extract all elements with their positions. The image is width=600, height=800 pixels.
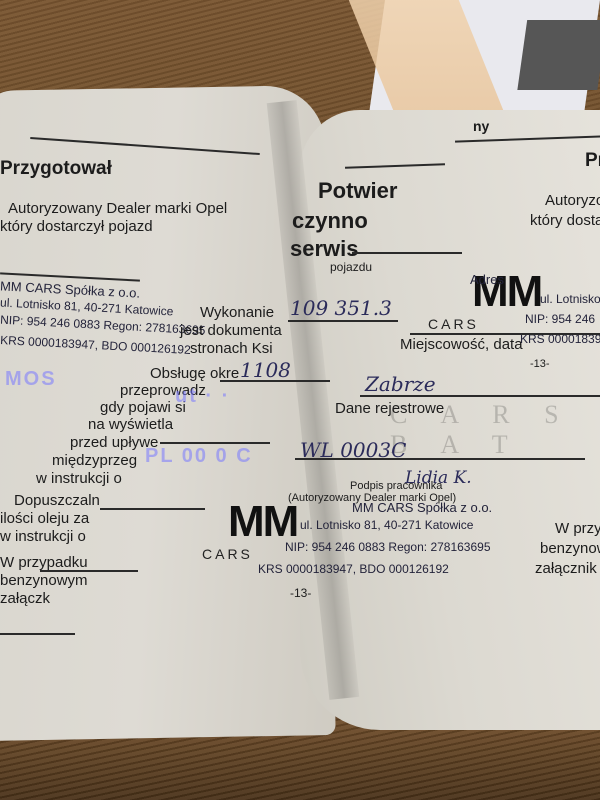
stamp-line-3: NIP: 954 246 0883 Regon: 278163695 bbox=[285, 540, 491, 555]
confirm-title-line-1: Potwier bbox=[318, 178, 397, 204]
right-stamp-line-2: ul. Lotnisko bbox=[540, 292, 600, 307]
body-line-12: benzynowym bbox=[0, 572, 88, 589]
photo-scene: Przygotował Autoryzowany Dealer marki Op… bbox=[0, 0, 600, 800]
left-dealer-line-2: który dostarczył pojazd bbox=[0, 218, 153, 235]
left-dealer-line-1: Autoryzowany Dealer marki Opel bbox=[8, 200, 227, 217]
right-corner-text: ny bbox=[473, 118, 489, 134]
registration-label: Dane rejestrowe bbox=[335, 400, 444, 417]
mm-cars-logo-sub-top: CARS bbox=[428, 316, 479, 332]
right-edge-line-2: benzynowym bbox=[540, 540, 600, 557]
right-dealer-line-2: który dostarczył pojazd bbox=[530, 212, 600, 229]
faint-stamp-mark: MOS bbox=[5, 368, 57, 391]
handwritten-place: Zabrze bbox=[365, 372, 436, 396]
wykonanie-line-2: jest dokumenta bbox=[180, 322, 282, 339]
right-stamp-line-1: Adres bbox=[470, 272, 504, 287]
stamp-line-2: ul. Lotnisko 81, 40-271 Katowice bbox=[300, 518, 473, 533]
body-line-3: gdy pojawi si bbox=[100, 399, 186, 416]
page-number-top: -13- bbox=[530, 358, 550, 370]
body-line-9: ilości oleju za bbox=[0, 510, 89, 527]
wykonanie-line-1: Wykonanie bbox=[200, 304, 274, 321]
confirm-title-line-3: serwis bbox=[290, 236, 359, 262]
mm-cars-logo-sub-bottom: CARS bbox=[202, 546, 253, 562]
body-line-4: na wyświetla bbox=[88, 416, 173, 433]
right-edge-line-1: W przypadku bbox=[555, 520, 600, 537]
handwritten-number: 1108 bbox=[240, 358, 291, 382]
body-line-11: W przypadku bbox=[0, 554, 88, 571]
left-heading: Przygotował bbox=[0, 158, 112, 180]
body-line-10: w instrukcji o bbox=[0, 528, 86, 545]
location-date-label: Miejscowość, data bbox=[400, 336, 523, 353]
right-heading: Przygotowa bbox=[585, 150, 600, 172]
stamp-line-4: KRS 0000183947, BDO 000126192 bbox=[258, 562, 449, 577]
right-stamp-line-3: NIP: 954 246 bbox=[525, 312, 595, 327]
faint-handwriting: ut · · bbox=[175, 385, 230, 408]
page-number-bottom: -13- bbox=[290, 586, 311, 600]
signature-label: Podpis pracownika bbox=[350, 480, 442, 492]
body-line-6: międzyprzeg bbox=[52, 452, 137, 469]
body-line-7: w instrukcji o bbox=[36, 470, 122, 487]
wykonanie-line-3: stronach Ksi bbox=[190, 340, 273, 357]
pojazdu-label: pojazdu bbox=[330, 260, 372, 274]
stamp-line-1: MM CARS Spółka z o.o. bbox=[352, 500, 492, 515]
body-line-13: załączk bbox=[0, 590, 50, 607]
body-line-8: Dopuszczaln bbox=[14, 492, 100, 509]
right-dealer-line-1: Autoryzowany Dealer marki Opel bbox=[545, 192, 600, 209]
handwritten-mileage: 109 351.3 bbox=[290, 296, 392, 320]
right-edge-line-3: załącznik bbox=[535, 560, 597, 577]
faint-registration: PL 00 0 C bbox=[145, 445, 253, 468]
mm-cars-logo-bottom: MM bbox=[228, 500, 297, 544]
confirm-title-line-2: czynno bbox=[292, 208, 368, 234]
